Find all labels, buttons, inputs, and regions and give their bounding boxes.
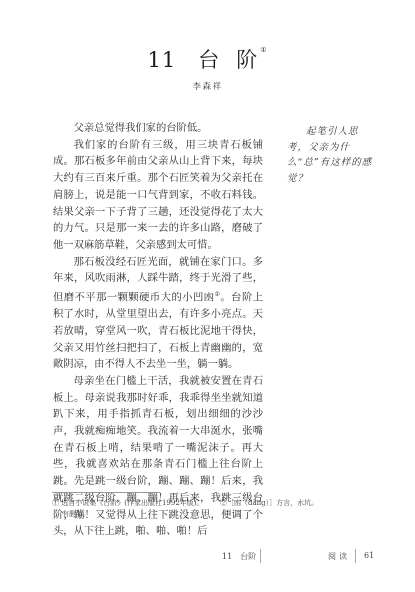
footnote-1-line-2: 有删节。 (52, 509, 212, 520)
title-footnote-mark: ① (260, 46, 267, 54)
paragraph-3: 那石板没经石匠光面，就铺在家门口。多年来，风吹雨淋，人踩牛踏，终于光滑了些，但磨… (53, 254, 263, 373)
paragraph-1: 父亲总觉得我们家的台阶低。 (53, 120, 263, 137)
page-footer: 11 台阶 阅读 61 (0, 549, 415, 563)
footnote-1-line-1: ① 选自小说集《台阶》(作家出版社1992年版)。 (52, 499, 204, 507)
title-char-2: 阶 (236, 48, 258, 72)
footer-lesson: 11 台阶 (222, 551, 256, 562)
margin-annotation: 起笔引人思考，父亲为什么“总”有这样的感觉？ (287, 124, 377, 186)
title-char-1: 台 (198, 48, 220, 72)
margin-annotation-text: 起笔引人思考，父亲为什么“总”有这样的感觉？ (287, 124, 377, 186)
footer-section: 阅读 (328, 551, 350, 562)
footnote-divider (52, 492, 160, 493)
footnote-2: ②［凼（dàng）］方言，水坑。 (220, 498, 380, 509)
author-name: 李森祥 (0, 80, 415, 92)
page-number: 61 (364, 551, 374, 560)
article-body: 父亲总觉得我们家的台阶低。 我们家的台阶有三级，用三块青石板铺成。那石板多年前由… (53, 120, 263, 540)
footer-divider (355, 549, 356, 563)
footer-divider (260, 549, 261, 563)
paragraph-2: 我们家的台阶有三级，用三块青石板铺成。那石板多年前由父亲从山上背下来，每块大约有… (53, 137, 263, 254)
lesson-number: 11 (147, 48, 176, 72)
footnote-1: ① 选自小说集《台阶》(作家出版社1992年版)。 有删节。 (52, 498, 212, 520)
lesson-title: 11台阶① (0, 44, 415, 74)
